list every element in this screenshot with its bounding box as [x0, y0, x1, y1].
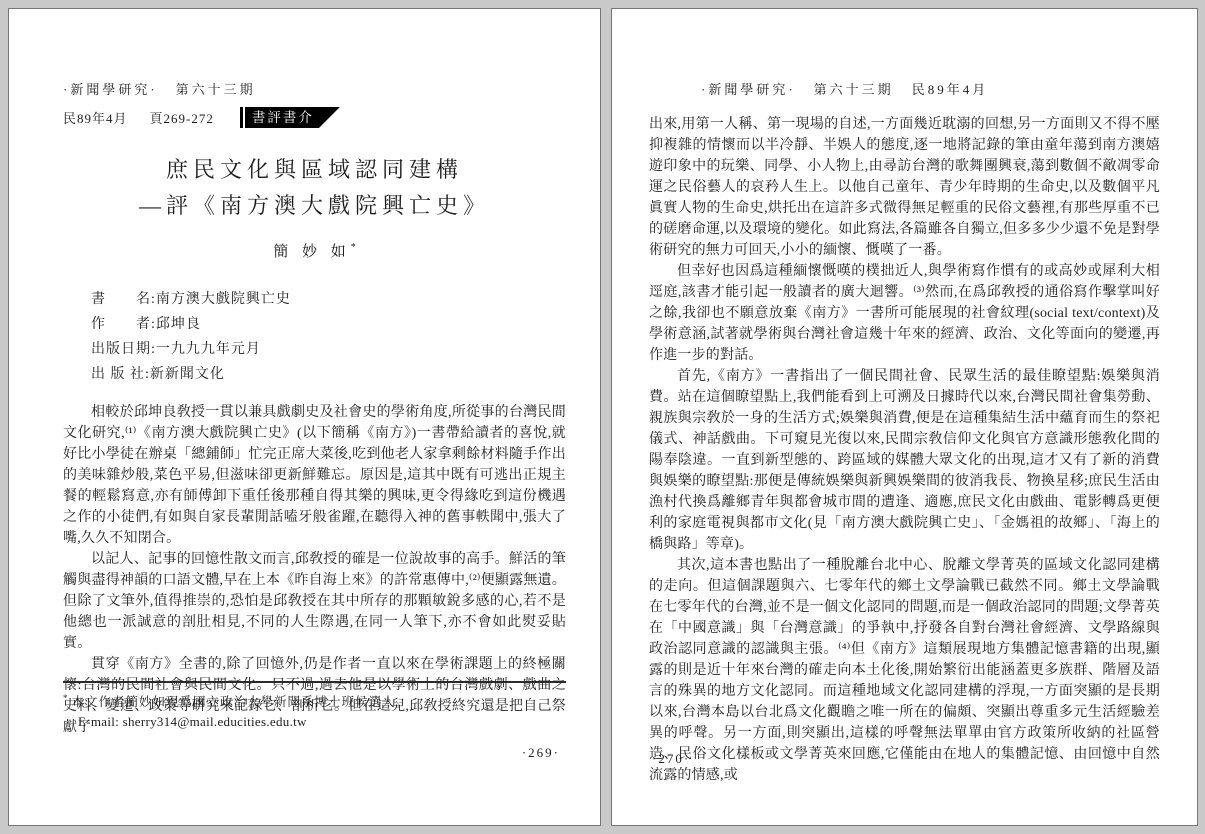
- article-title: 庶民文化與區域認同建構 —評《南方澳大戲院興亡史》: [63, 152, 566, 224]
- scanned-journal-spread: { "left": { "header": { "journal": "·新聞學…: [0, 0, 1205, 834]
- article-title-line1: 庶民文化與區域認同建構: [63, 152, 566, 188]
- page-number: ·269·: [522, 745, 560, 761]
- journal-name: ·新聞學研究·: [701, 82, 796, 97]
- page-number: ·270·: [652, 751, 690, 767]
- body-paragraph: 首先,《南方》一書指出了一個民間社會、民眾生活的最佳瞭望點:娛樂與消費。站在這個…: [649, 366, 1160, 555]
- book-info: 書 名:南方澳大戲院興亡史 作 者:邱坤良 出版日期:一九九九年元月 出 版 社…: [91, 287, 566, 387]
- page-right: ·新聞學研究·第六十三期民89年4月 出來,用第一人稱、第一現場的自述,一方面幾…: [611, 8, 1198, 826]
- badge-label: 書評書介: [245, 107, 340, 128]
- book-info-row: 作 者:邱坤良: [91, 312, 566, 337]
- journal-issue: 第六十三期: [176, 82, 256, 97]
- body-paragraph: 其次,這本書也點出了一種脫離台北中心、脫離文學菁英的區域文化認同建構的走向。但這…: [649, 555, 1160, 786]
- article-title-line2: —評《南方澳大戲院興亡史》: [63, 188, 566, 224]
- page-left: ·新聞學研究·第六十三期 民89年4月 頁269-272 書評書介 庶民文化與區…: [8, 8, 601, 826]
- author-name: 簡 妙 如: [273, 244, 351, 260]
- book-info-label: 出 版 社:: [91, 367, 150, 382]
- book-info-row: 出版日期:一九九九年元月: [91, 337, 566, 362]
- book-info-label: 書 名:: [91, 292, 156, 307]
- book-info-value: 一九九九年元月: [156, 342, 261, 357]
- journal-header-line2: 民89年4月 頁269-272 書評書介: [63, 107, 566, 128]
- article-author: 簡 妙 如*: [63, 240, 566, 261]
- body-paragraph: 出來,用第一人稱、第一現場的自述,一方面幾近耽溺的回想,另一方面則又不得不壓抑複…: [649, 114, 1160, 261]
- book-info-label: 出版日期:: [91, 342, 156, 357]
- journal-name: ·新聞學研究·: [63, 82, 158, 97]
- footnote-author-note: *本文作者簡妙如現爲國立政治大學新聞系博士班候選人。: [63, 692, 566, 710]
- review-badge: 書評書介: [240, 107, 340, 128]
- footnote-email: E-mail: sherry314@mail.educities.edu.tw: [78, 714, 566, 730]
- journal-pages: 頁269-272: [150, 108, 214, 127]
- book-info-row: 書 名:南方澳大戲院興亡史: [91, 287, 566, 312]
- book-info-label: 作 者:: [91, 317, 156, 332]
- footnote-mark: *: [63, 693, 69, 703]
- footnote-text: 本文作者簡妙如現爲國立政治大學新聞系博士班候選人。: [72, 695, 410, 709]
- body-paragraph: 相較於邱坤良敎授一貫以兼具戲劇史及社會史的學術角度,所從事的台灣民間文化研究,⁽…: [63, 402, 566, 549]
- body-paragraph: 以記人、記事的回憶性散文而言,邱敎授的確是一位說故事的高手。鮮活的筆觸與盡得神韻…: [63, 549, 566, 654]
- journal-issue: 第六十三期: [814, 82, 894, 97]
- author-footnote-mark: *: [351, 242, 356, 253]
- journal-header: ·新聞學研究·第六十三期: [63, 79, 566, 98]
- journal-header: ·新聞學研究·第六十三期民89年4月: [701, 79, 1160, 98]
- book-info-value: 邱坤良: [156, 317, 201, 332]
- footnote-divider: [63, 681, 566, 683]
- book-info-row: 出 版 社:新新聞文化: [91, 362, 566, 387]
- badge-bar-icon: [240, 107, 243, 128]
- journal-date: 民89年4月: [912, 82, 989, 97]
- book-info-value: 新新聞文化: [150, 367, 225, 382]
- footnote-block: *本文作者簡妙如現爲國立政治大學新聞系博士班候選人。 E-mail: sherr…: [63, 681, 566, 730]
- body-paragraph: 但幸好也因爲這種緬懷慨嘆的樸拙近人,與學術寫作慣有的或高妙或犀利大相逕庭,該書才…: [649, 261, 1160, 366]
- journal-date: 民89年4月: [63, 108, 128, 127]
- book-info-value: 南方澳大戲院興亡史: [156, 292, 291, 307]
- body-text-right: 出來,用第一人稱、第一現場的自述,一方面幾近耽溺的回想,另一方面則又不得不壓抑複…: [649, 114, 1160, 786]
